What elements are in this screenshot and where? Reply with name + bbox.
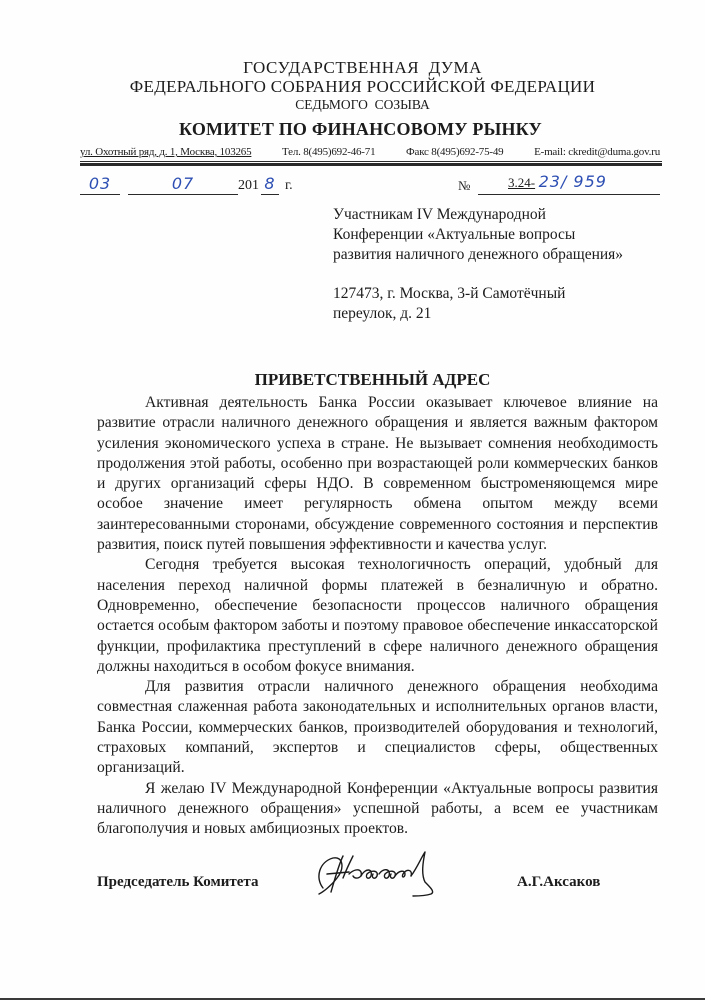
addressee-line: развития наличного денежного обращения» (333, 245, 673, 265)
date-month: 07 (128, 174, 238, 195)
addressee-line: Участникам IV Международной (333, 205, 673, 225)
date-year-suffix: г. (285, 178, 293, 194)
letter-page: ГОСУДАРСТВЕННАЯ ДУМА ФЕДЕРАЛЬНОГО СОБРАН… (0, 0, 705, 998)
letterhead-rule-thin (80, 161, 662, 162)
contact-phone: Тел. 8(495)692-46-71 (282, 145, 375, 159)
registration-row: 03 07 201 8 г. № 3.24- 23/ 959 (80, 175, 660, 197)
letterhead-state-duma: ГОСУДАРСТВЕННАЯ ДУМА (20, 58, 705, 77)
contact-fax: Факс 8(495)692-75-49 (406, 145, 503, 159)
signatory-name: А.Г.Аксаков (517, 874, 600, 891)
body-paragraph: Я желаю IV Международной Конференции «Ак… (97, 779, 658, 840)
date-year-digit: 8 (261, 174, 279, 195)
body-paragraph: Активная деятельность Банка России оказы… (97, 393, 658, 555)
signature-block: Председатель Комитета А.Г.Аксаков (97, 848, 657, 898)
postal-line: переулок, д. 21 (333, 304, 673, 324)
body-paragraph: Сегодня требуется высокая технологичност… (97, 555, 658, 677)
letterhead-federal-assembly: ФЕДЕРАЛЬНОГО СОБРАНИЯ РОССИЙСКОЙ ФЕДЕРАЦ… (20, 77, 705, 96)
contacts-line: ул. Охотный ряд, д. 1, Москва, 103265 Те… (80, 145, 660, 159)
contact-address: ул. Охотный ряд, д. 1, Москва, 103265 (80, 145, 251, 159)
registration-number: 3.24- 23/ 959 (478, 172, 660, 195)
date-year-prefix: 201 (238, 178, 259, 194)
contact-email: E-mail: ckredit@duma.gov.ru (534, 145, 660, 159)
signatory-position: Председатель Комитета (97, 874, 258, 891)
addressee-line: Конференции «Актуальные вопросы (333, 225, 673, 245)
number-handwritten: 23/ 959 (539, 172, 607, 191)
body-paragraph: Для развития отрасли наличного денежного… (97, 677, 658, 778)
addressee-block: Участникам IV Международной Конференции … (333, 205, 673, 324)
letter-body: Активная деятельность Банка России оказы… (97, 393, 658, 840)
number-label: № (458, 178, 470, 194)
document-title: ПРИВЕТСТВЕННЫЙ АДРЕС (20, 370, 705, 390)
letterhead-committee: КОМИТЕТ ПО ФИНАНСОВОМУ РЫНКУ (16, 118, 705, 140)
letterhead: ГОСУДАРСТВЕННАЯ ДУМА ФЕДЕРАЛЬНОГО СОБРАН… (0, 58, 705, 140)
date-day: 03 (80, 174, 120, 195)
letterhead-rule-thick (80, 163, 662, 166)
letterhead-convocation: СЕДЬМОГО СОЗЫВА (20, 96, 705, 114)
postal-line: 127473, г. Москва, 3-й Самотёчный (333, 284, 673, 304)
postal-address: 127473, г. Москва, 3-й Самотёчный переул… (333, 284, 673, 324)
number-prefix: 3.24- (508, 175, 535, 190)
handwritten-signature-icon (309, 848, 499, 898)
